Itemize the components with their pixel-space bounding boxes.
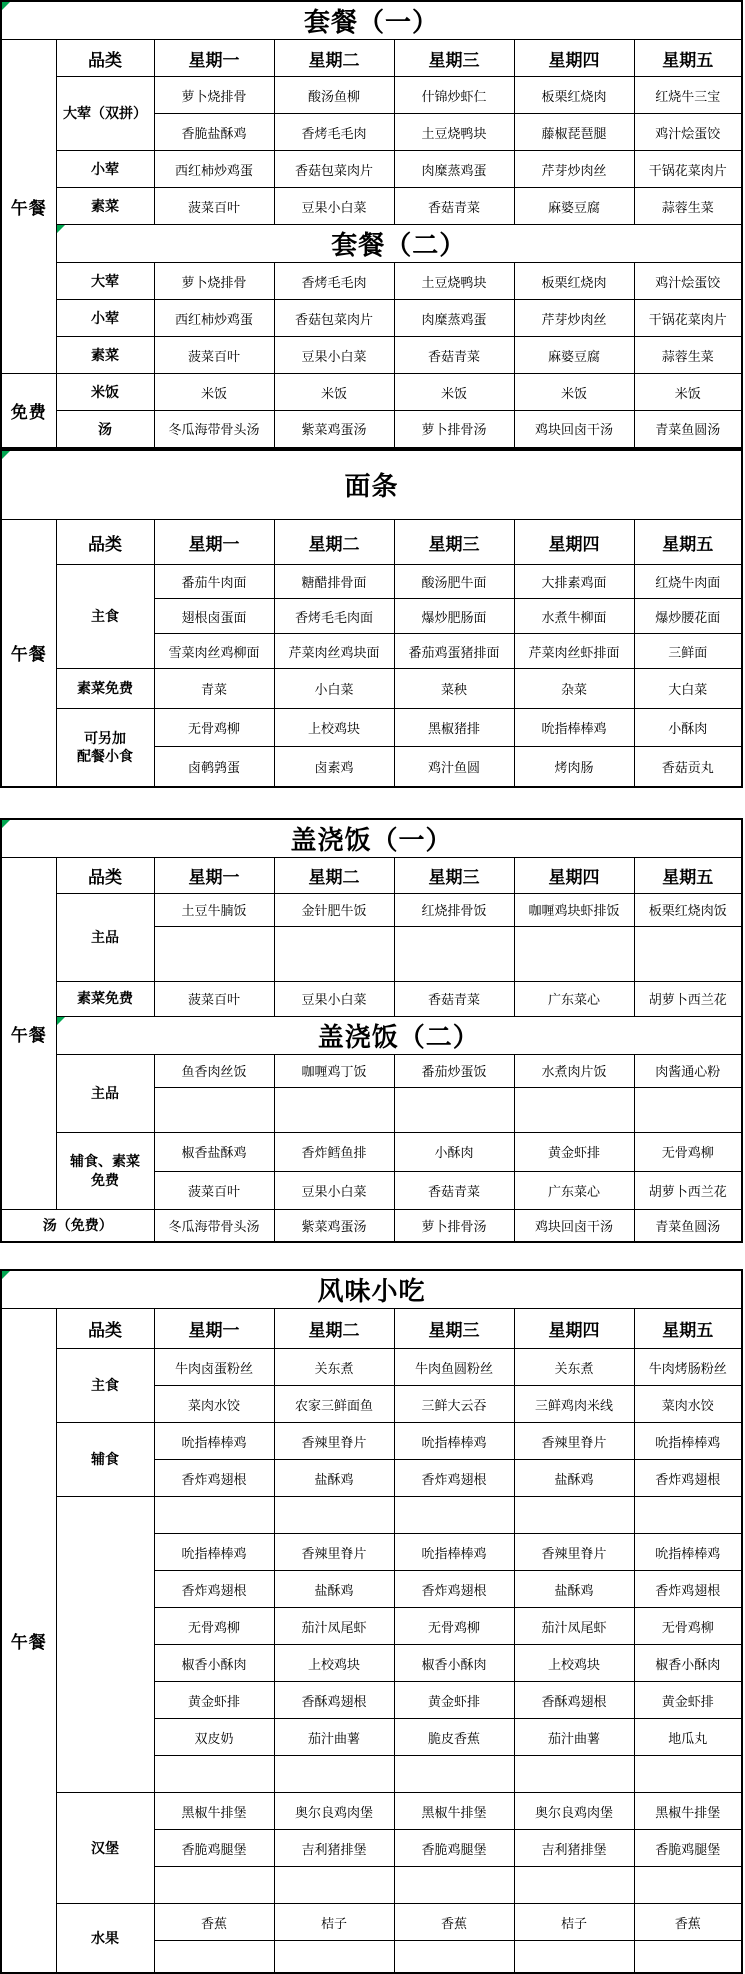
category-column-header: 品类 [56, 1309, 154, 1349]
menu-item-cell: 香脆鸡腿堡 [634, 1830, 742, 1867]
menu-item-cell: 豆果小白菜 [274, 188, 394, 225]
menu-item-cell: 西红柿炒鸡蛋 [154, 151, 274, 188]
menu-item-cell: 豆果小白菜 [274, 981, 394, 1016]
menu-item-cell: 烤肉肠 [514, 747, 634, 787]
menu-item-cell: 香炸鸡翅根 [394, 1571, 514, 1608]
menu-item-cell: 盐酥鸡 [514, 1460, 634, 1497]
menu-item-cell: 吮指棒棒鸡 [394, 1423, 514, 1460]
weekday-column-header: 星期五 [634, 1309, 742, 1349]
menu-item-cell: 香烤毛毛肉 [274, 263, 394, 300]
menu-item-cell: 水煮肉片饭 [514, 1054, 634, 1087]
section-title: 风味小吃 [1, 1270, 742, 1309]
empty-cell [394, 1867, 514, 1904]
empty-cell [634, 926, 742, 981]
meal-period-label: 午餐 [1, 857, 56, 1209]
empty-cell [154, 1756, 274, 1793]
menu-item-cell: 牛肉卤蛋粉丝 [154, 1349, 274, 1386]
menu-item-cell: 广东菜心 [514, 981, 634, 1016]
menu-item-cell: 什锦炒虾仁 [394, 77, 514, 114]
menu-item-cell: 香脆鸡腿堡 [154, 1830, 274, 1867]
menu-item-cell: 吉利猪排堡 [274, 1830, 394, 1867]
menu-item-cell: 盐酥鸡 [274, 1571, 394, 1608]
spreadsheet-flag-triangle-icon [2, 820, 10, 828]
category-label: 汉堡 [56, 1793, 154, 1904]
menu-item-cell: 香蕉 [394, 1904, 514, 1941]
weekday-column-header: 星期三 [394, 40, 514, 77]
menu-item-cell: 香菇贡丸 [634, 747, 742, 787]
empty-cell [154, 1497, 274, 1534]
weekday-column-header: 星期五 [634, 857, 742, 893]
weekday-column-header: 星期四 [514, 857, 634, 893]
menu-item-cell: 牛肉烤肠粉丝 [634, 1349, 742, 1386]
menu-item-cell: 番茄鸡蛋猪排面 [394, 634, 514, 669]
menu-item-cell: 青菜 [154, 669, 274, 709]
menu-item-cell: 盐酥鸡 [514, 1571, 634, 1608]
weekday-column-header: 星期三 [394, 857, 514, 893]
weekday-column-header: 星期四 [514, 520, 634, 565]
menu-item-cell: 芹芽炒肉丝 [514, 300, 634, 337]
menu-item-cell: 菠菜百叶 [154, 337, 274, 374]
menu-item-cell: 关东煮 [274, 1349, 394, 1386]
spreadsheet-flag-triangle-icon [2, 1271, 10, 1279]
weekday-column-header: 星期一 [154, 1309, 274, 1349]
menu-item-cell: 米饭 [274, 374, 394, 411]
menu-item-cell: 胡萝卜西兰花 [634, 981, 742, 1016]
weekday-column-header: 星期一 [154, 520, 274, 565]
empty-cell [394, 1941, 514, 1973]
menu-item-cell: 雪菜肉丝鸡柳面 [154, 634, 274, 669]
category-label: 素菜 [56, 188, 154, 225]
menu-section-noodles: 面条午餐品类星期一星期二星期三星期四星期五主食番茄牛肉面糖醋排骨面酸汤肥牛面大排… [0, 449, 743, 788]
menu-item-cell: 香菇青菜 [394, 981, 514, 1016]
weekday-column-header: 星期一 [154, 40, 274, 77]
menu-item-cell: 香烤毛毛肉 [274, 114, 394, 151]
menu-item-cell: 吮指棒棒鸡 [154, 1534, 274, 1571]
category-label: 大荤 [56, 263, 154, 300]
menu-item-cell: 肉糜蒸鸡蛋 [394, 151, 514, 188]
menu-item-cell: 肉糜蒸鸡蛋 [394, 300, 514, 337]
menu-item-cell: 鱼香肉丝饭 [154, 1054, 274, 1087]
empty-cell [514, 926, 634, 981]
menu-item-cell: 无骨鸡柳 [154, 709, 274, 747]
menu-item-cell: 冬瓜海带骨头汤 [154, 411, 274, 448]
menu-item-cell: 米饭 [154, 374, 274, 411]
menu-item-cell: 吮指棒棒鸡 [514, 709, 634, 747]
meal-period-label: 午餐 [1, 40, 56, 374]
empty-cell [154, 926, 274, 981]
category-label [56, 1497, 154, 1793]
category-column-header: 品类 [56, 40, 154, 77]
menu-item-cell: 土豆牛腩饭 [154, 893, 274, 926]
menu-item-cell: 香辣里脊片 [514, 1534, 634, 1571]
empty-cell [514, 1867, 634, 1904]
menu-item-cell: 桔子 [274, 1904, 394, 1941]
menu-item-cell: 无骨鸡柳 [394, 1608, 514, 1645]
menu-item-cell: 三鲜面 [634, 634, 742, 669]
section-title: 盖浇饭（二） [56, 1016, 742, 1054]
menu-item-cell: 香炸鸡翅根 [154, 1571, 274, 1608]
weekday-column-header: 星期五 [634, 40, 742, 77]
category-label: 可另加 配餐小食 [56, 709, 154, 787]
menu-item-cell: 香炸鸡翅根 [154, 1460, 274, 1497]
weekday-column-header: 星期四 [514, 40, 634, 77]
lunch-menu-document: 套餐（一）午餐品类星期一星期二星期三星期四星期五大荤（双拼）萝卜烧排骨酸汤鱼柳什… [0, 0, 745, 1974]
menu-item-cell: 无骨鸡柳 [634, 1132, 742, 1171]
menu-item-cell: 无骨鸡柳 [154, 1608, 274, 1645]
menu-item-cell: 椒香小酥肉 [154, 1645, 274, 1682]
menu-item-cell: 小酥肉 [394, 1132, 514, 1171]
empty-cell [154, 1941, 274, 1973]
empty-cell [274, 926, 394, 981]
menu-item-cell: 肉酱通心粉 [634, 1054, 742, 1087]
menu-item-cell: 关东煮 [514, 1349, 634, 1386]
menu-item-cell: 水煮牛柳面 [514, 599, 634, 634]
menu-item-cell: 鸡汁烩蛋饺 [634, 114, 742, 151]
menu-item-cell: 茄汁凤尾虾 [514, 1608, 634, 1645]
menu-item-cell: 青菜鱼圆汤 [634, 411, 742, 448]
menu-item-cell: 大白菜 [634, 669, 742, 709]
weekday-column-header: 星期三 [394, 520, 514, 565]
section-title: 面条 [1, 450, 742, 520]
empty-cell [514, 1087, 634, 1132]
menu-item-cell: 萝卜排骨汤 [394, 1209, 514, 1242]
empty-cell [274, 1756, 394, 1793]
menu-item-cell: 菜肉水饺 [154, 1386, 274, 1423]
menu-item-cell: 椒香小酥肉 [394, 1645, 514, 1682]
menu-item-cell: 吮指棒棒鸡 [634, 1534, 742, 1571]
menu-item-cell: 三鲜鸡肉米线 [514, 1386, 634, 1423]
menu-item-cell: 香炸鸡翅根 [634, 1571, 742, 1608]
menu-item-cell: 香菇包菜肉片 [274, 300, 394, 337]
menu-item-cell: 吮指棒棒鸡 [634, 1423, 742, 1460]
menu-item-cell: 椒香盐酥鸡 [154, 1132, 274, 1171]
empty-cell [274, 1867, 394, 1904]
menu-item-cell: 米饭 [514, 374, 634, 411]
menu-item-cell: 藤椒琵琶腿 [514, 114, 634, 151]
menu-item-cell: 地瓜丸 [634, 1719, 742, 1756]
menu-item-cell: 麻婆豆腐 [514, 337, 634, 374]
menu-item-cell: 豆果小白菜 [274, 1171, 394, 1209]
menu-item-cell: 香炸鳕鱼排 [274, 1132, 394, 1171]
menu-section-set-meal: 套餐（一）午餐品类星期一星期二星期三星期四星期五大荤（双拼）萝卜烧排骨酸汤鱼柳什… [0, 0, 743, 449]
menu-item-cell: 胡萝卜西兰花 [634, 1171, 742, 1209]
menu-item-cell: 干锅花菜肉片 [634, 300, 742, 337]
section-title: 套餐（一） [1, 1, 742, 40]
menu-item-cell: 鸡块回卤干汤 [514, 1209, 634, 1242]
menu-item-cell: 卤素鸡 [274, 747, 394, 787]
menu-item-cell: 卤鹌鹑蛋 [154, 747, 274, 787]
meal-period-label: 午餐 [1, 520, 56, 787]
menu-item-cell: 米饭 [634, 374, 742, 411]
menu-item-cell: 土豆烧鸭块 [394, 263, 514, 300]
menu-item-cell: 香烤毛毛肉面 [274, 599, 394, 634]
menu-item-cell: 咖喱鸡丁饭 [274, 1054, 394, 1087]
menu-item-cell: 香脆鸡腿堡 [394, 1830, 514, 1867]
menu-item-cell: 盐酥鸡 [274, 1460, 394, 1497]
menu-item-cell: 菠菜百叶 [154, 981, 274, 1016]
menu-item-cell: 黄金虾排 [394, 1682, 514, 1719]
menu-item-cell: 麻婆豆腐 [514, 188, 634, 225]
category-label: 主品 [56, 1054, 154, 1132]
menu-section-snacks: 风味小吃午餐品类星期一星期二星期三星期四星期五主食牛肉卤蛋粉丝关东煮牛肉鱼圆粉丝… [0, 1269, 743, 1974]
empty-cell [154, 1087, 274, 1132]
empty-cell [634, 1756, 742, 1793]
menu-item-cell: 广东菜心 [514, 1171, 634, 1209]
menu-item-cell: 翅根卤蛋面 [154, 599, 274, 634]
menu-item-cell: 西红柿炒鸡蛋 [154, 300, 274, 337]
menu-item-cell: 红烧排骨饭 [394, 893, 514, 926]
menu-item-cell: 牛肉鱼圆粉丝 [394, 1349, 514, 1386]
menu-item-cell: 板栗红烧肉 [514, 77, 634, 114]
menu-item-cell: 萝卜烧排骨 [154, 263, 274, 300]
empty-cell [274, 1941, 394, 1973]
menu-item-cell: 黄金虾排 [634, 1682, 742, 1719]
menu-item-cell: 红烧牛三宝 [634, 77, 742, 114]
category-label: 小荤 [56, 151, 154, 188]
menu-item-cell: 菜秧 [394, 669, 514, 709]
menu-item-cell: 香菇青菜 [394, 1171, 514, 1209]
spreadsheet-flag-triangle-icon [57, 225, 65, 233]
menu-item-cell: 萝卜烧排骨 [154, 77, 274, 114]
menu-item-cell: 爆炒腰花面 [634, 599, 742, 634]
menu-item-cell: 香辣里脊片 [274, 1534, 394, 1571]
menu-item-cell: 鸡块回卤干汤 [514, 411, 634, 448]
menu-item-cell: 茄汁曲薯 [274, 1719, 394, 1756]
menu-item-cell: 上校鸡块 [274, 1645, 394, 1682]
menu-item-cell: 糖醋排骨面 [274, 565, 394, 599]
menu-item-cell: 番茄牛肉面 [154, 565, 274, 599]
menu-item-cell: 菠菜百叶 [154, 1171, 274, 1209]
empty-cell [514, 1941, 634, 1973]
menu-item-cell: 咖喱鸡块虾排饭 [514, 893, 634, 926]
empty-cell [394, 1497, 514, 1534]
menu-item-cell: 蒜蓉生菜 [634, 337, 742, 374]
menu-item-cell: 酸汤鱼柳 [274, 77, 394, 114]
meal-period-label: 午餐 [1, 1309, 56, 1973]
section-gap [0, 788, 741, 818]
menu-item-cell: 黑椒猪排 [394, 709, 514, 747]
category-label: 米饭 [56, 374, 154, 411]
menu-item-cell: 上校鸡块 [274, 709, 394, 747]
menu-item-cell: 桔子 [514, 1904, 634, 1941]
weekday-column-header: 星期二 [274, 520, 394, 565]
category-label: 素菜免费 [56, 981, 154, 1016]
spreadsheet-flag-triangle-icon [2, 2, 10, 10]
spreadsheet-flag-triangle-icon [2, 451, 10, 459]
category-label: 大荤（双拼） [56, 77, 154, 151]
menu-item-cell: 香酥鸡翅根 [514, 1682, 634, 1719]
weekday-column-header: 星期一 [154, 857, 274, 893]
spreadsheet-flag-triangle-icon [57, 1017, 65, 1025]
menu-item-cell: 香辣里脊片 [274, 1423, 394, 1460]
menu-item-cell: 鸡汁烩蛋饺 [634, 263, 742, 300]
menu-item-cell: 吮指棒棒鸡 [154, 1423, 274, 1460]
section-gap [0, 1243, 741, 1269]
empty-cell [394, 926, 514, 981]
menu-item-cell: 金针肥牛饭 [274, 893, 394, 926]
category-label: 素菜免费 [56, 669, 154, 709]
category-label: 辅食 [56, 1423, 154, 1497]
menu-item-cell: 菠菜百叶 [154, 188, 274, 225]
menu-item-cell: 无骨鸡柳 [634, 1608, 742, 1645]
menu-item-cell: 黑椒牛排堡 [394, 1793, 514, 1830]
category-label: 小荤 [56, 300, 154, 337]
menu-item-cell: 奥尔良鸡肉堡 [514, 1793, 634, 1830]
menu-item-cell: 小酥肉 [634, 709, 742, 747]
menu-item-cell: 萝卜排骨汤 [394, 411, 514, 448]
menu-item-cell: 三鲜大云吞 [394, 1386, 514, 1423]
menu-item-cell: 脆皮香蕉 [394, 1719, 514, 1756]
empty-cell [514, 1497, 634, 1534]
meal-period-label: 免费 [1, 374, 56, 448]
menu-section-rice-bowl: 盖浇饭（一）午餐品类星期一星期二星期三星期四星期五主品土豆牛腩饭金针肥牛饭红烧排… [0, 818, 743, 1244]
menu-item-cell: 椒香小酥肉 [634, 1645, 742, 1682]
menu-item-cell: 上校鸡块 [514, 1645, 634, 1682]
menu-item-cell: 黑椒牛排堡 [154, 1793, 274, 1830]
menu-item-cell: 芹菜肉丝鸡块面 [274, 634, 394, 669]
section-title: 盖浇饭（一） [1, 819, 742, 858]
weekday-column-header: 星期三 [394, 1309, 514, 1349]
weekday-column-header: 星期五 [634, 520, 742, 565]
weekday-column-header: 星期二 [274, 40, 394, 77]
menu-item-cell: 奥尔良鸡肉堡 [274, 1793, 394, 1830]
menu-item-cell: 板栗红烧肉饭 [634, 893, 742, 926]
menu-item-cell: 干锅花菜肉片 [634, 151, 742, 188]
menu-item-cell: 鸡汁鱼圆 [394, 747, 514, 787]
menu-item-cell: 双皮奶 [154, 1719, 274, 1756]
category-column-header: 品类 [56, 857, 154, 893]
menu-item-cell: 杂菜 [514, 669, 634, 709]
category-label: 水果 [56, 1904, 154, 1973]
menu-item-cell: 香炸鸡翅根 [394, 1460, 514, 1497]
empty-cell [514, 1756, 634, 1793]
menu-item-cell: 香菇包菜肉片 [274, 151, 394, 188]
menu-item-cell: 红烧牛肉面 [634, 565, 742, 599]
menu-item-cell: 板栗红烧肉 [514, 263, 634, 300]
menu-item-cell: 茄汁凤尾虾 [274, 1608, 394, 1645]
menu-item-cell: 吉利猪排堡 [514, 1830, 634, 1867]
empty-cell [634, 1497, 742, 1534]
menu-item-cell: 黄金虾排 [154, 1682, 274, 1719]
menu-item-cell: 香蕉 [634, 1904, 742, 1941]
category-label: 主食 [56, 1349, 154, 1423]
category-label: 辅食、素菜 免费 [56, 1132, 154, 1209]
empty-cell [274, 1497, 394, 1534]
menu-item-cell: 紫菜鸡蛋汤 [274, 1209, 394, 1242]
menu-item-cell: 小白菜 [274, 669, 394, 709]
empty-cell [634, 1087, 742, 1132]
category-label: 主品 [56, 893, 154, 981]
category-column-header: 品类 [56, 520, 154, 565]
menu-item-cell: 茄汁曲薯 [514, 1719, 634, 1756]
section-title: 套餐（二） [56, 225, 742, 263]
menu-item-cell: 农家三鲜面鱼 [274, 1386, 394, 1423]
category-label: 素菜 [56, 337, 154, 374]
empty-cell [634, 1867, 742, 1904]
weekday-column-header: 星期二 [274, 1309, 394, 1349]
category-label: 汤 [56, 411, 154, 448]
menu-item-cell: 豆果小白菜 [274, 337, 394, 374]
menu-item-cell: 黑椒牛排堡 [634, 1793, 742, 1830]
menu-item-cell: 香菇青菜 [394, 337, 514, 374]
menu-item-cell: 黄金虾排 [514, 1132, 634, 1171]
weekday-column-header: 星期四 [514, 1309, 634, 1349]
menu-item-cell: 吮指棒棒鸡 [394, 1534, 514, 1571]
menu-item-cell: 香脆盐酥鸡 [154, 114, 274, 151]
menu-item-cell: 番茄炒蛋饭 [394, 1054, 514, 1087]
menu-item-cell: 蒜蓉生菜 [634, 188, 742, 225]
menu-item-cell: 土豆烧鸭块 [394, 114, 514, 151]
weekday-column-header: 星期二 [274, 857, 394, 893]
menu-item-cell: 冬瓜海带骨头汤 [154, 1209, 274, 1242]
menu-item-cell: 酸汤肥牛面 [394, 565, 514, 599]
menu-item-cell: 香蕉 [154, 1904, 274, 1941]
soup-free-row-label: 汤（免费） [1, 1209, 154, 1242]
menu-item-cell: 大排素鸡面 [514, 565, 634, 599]
menu-item-cell: 芹菜肉丝虾排面 [514, 634, 634, 669]
empty-cell [274, 1087, 394, 1132]
menu-item-cell: 香菇青菜 [394, 188, 514, 225]
empty-cell [154, 1867, 274, 1904]
menu-item-cell: 菜肉水饺 [634, 1386, 742, 1423]
menu-item-cell: 紫菜鸡蛋汤 [274, 411, 394, 448]
menu-item-cell: 香辣里脊片 [514, 1423, 634, 1460]
menu-item-cell: 米饭 [394, 374, 514, 411]
menu-item-cell: 香炸鸡翅根 [634, 1460, 742, 1497]
empty-cell [394, 1087, 514, 1132]
empty-cell [394, 1756, 514, 1793]
category-label: 主食 [56, 565, 154, 669]
menu-item-cell: 青菜鱼圆汤 [634, 1209, 742, 1242]
menu-item-cell: 芹芽炒肉丝 [514, 151, 634, 188]
empty-cell [634, 1941, 742, 1973]
menu-item-cell: 爆炒肥肠面 [394, 599, 514, 634]
menu-item-cell: 香酥鸡翅根 [274, 1682, 394, 1719]
